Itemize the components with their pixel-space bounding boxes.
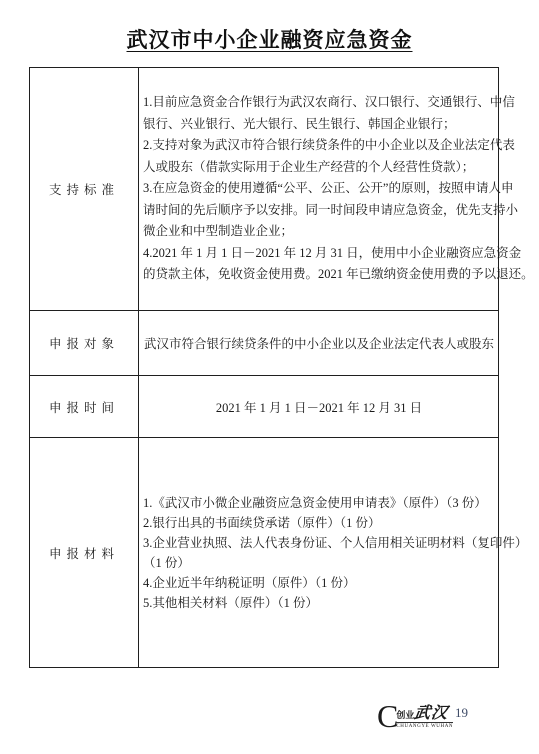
text-line: 4.2021 年 1 月 1 日－2021 年 12 月 31 日，使用中小企业… [143,243,495,265]
row-content-application-time: 2021 年 1 月 1 日－2021 年 12 月 31 日 [139,376,499,438]
row-label-application-time: 申报时间 [30,376,139,438]
row-content-application-materials: 1.《武汉市小微企业融资应急资金使用申请表》（原件）（3 份） 2.银行出具的书… [139,438,499,668]
text-line: 微企业和中型制造业企业； [143,221,495,243]
row-label-support-standards: 支持标准 [30,68,139,311]
text-line: 1.《武汉市小微企业融资应急资金使用申请表》（原件）（3 份） [143,493,495,513]
text-line: 2.支持对象为武汉市符合银行续贷条件的中小企业以及企业法定代表 [143,135,495,157]
row-label-application-materials: 申报材料 [30,438,139,668]
chuangye-wuhan-logo: C 创业 武汉 CHUANGYE WUHAN [377,701,453,731]
table-row-support-standards: 支持标准 1.目前应急资金合作银行为武汉农商行、汉口银行、交通银行、中信 银行、… [30,68,499,311]
page-number: 19 [455,705,468,721]
text-line: 的贷款主体，免收资金使用费。2021 年已缴纳资金使用费的予以退还。 [143,264,495,286]
document-page: 武汉市中小企业融资应急资金 支持标准 1.目前应急资金合作银行为武汉农商行、汉口… [0,0,539,754]
logo-chinese-text: 创业 武汉 [396,707,448,722]
info-table: 支持标准 1.目前应急资金合作银行为武汉农商行、汉口银行、交通银行、中信 银行、… [29,67,499,668]
text-line: （1 份） [143,553,495,573]
row-content-application-target: 武汉市符合银行续贷条件的中小企业以及企业法定代表人或股东 [139,311,499,376]
row-content-support-standards: 1.目前应急资金合作银行为武汉农商行、汉口银行、交通银行、中信 银行、兴业银行、… [139,68,499,311]
text-line: 银行、兴业银行、光大银行、民生银行、韩国企业银行； [143,114,495,136]
application-materials-text: 1.《武汉市小微企业融资应急资金使用申请表》（原件）（3 份） 2.银行出具的书… [143,493,495,613]
row-label-application-target: 申报对象 [30,311,139,376]
logo-text: 创业 武汉 CHUANGYE WUHAN [396,707,453,729]
text-line: 5.其他相关材料（原件）（1 份） [143,593,495,613]
text-line: 3.在应急资金的使用遵循“公平、公正、公开”的原则，按照申请人申 [143,178,495,200]
logo-english-text: CHUANGYE WUHAN [396,722,453,729]
text-line: 请时间的先后顺序予以安排。同一时间段申请应急资金，优先支持小 [143,200,495,222]
text-line: 1.目前应急资金合作银行为武汉农商行、汉口银行、交通银行、中信 [143,92,495,114]
table-row-application-target: 申报对象 武汉市符合银行续贷条件的中小企业以及企业法定代表人或股东 [30,311,499,376]
support-standards-text: 1.目前应急资金合作银行为武汉农商行、汉口银行、交通银行、中信 银行、兴业银行、… [143,92,495,286]
text-line: 人或股东（借款实际用于企业生产经营的个人经营性贷款）； [143,157,495,179]
logo-cn-brush: 武汉 [413,707,449,721]
page-title: 武汉市中小企业融资应急资金 [0,24,539,54]
logo-cn-prefix: 创业 [396,708,414,722]
table-row-application-time: 申报时间 2021 年 1 月 1 日－2021 年 12 月 31 日 [30,376,499,438]
text-line: 2.银行出具的书面续贷承诺（原件）（1 份） [143,513,495,533]
table-row-application-materials: 申报材料 1.《武汉市小微企业融资应急资金使用申请表》（原件）（3 份） 2.银… [30,438,499,668]
text-line: 3.企业营业执照、法人代表身份证、个人信用相关证明材料（复印件） [143,533,495,553]
text-line: 4.企业近半年纳税证明（原件）（1 份） [143,573,495,593]
